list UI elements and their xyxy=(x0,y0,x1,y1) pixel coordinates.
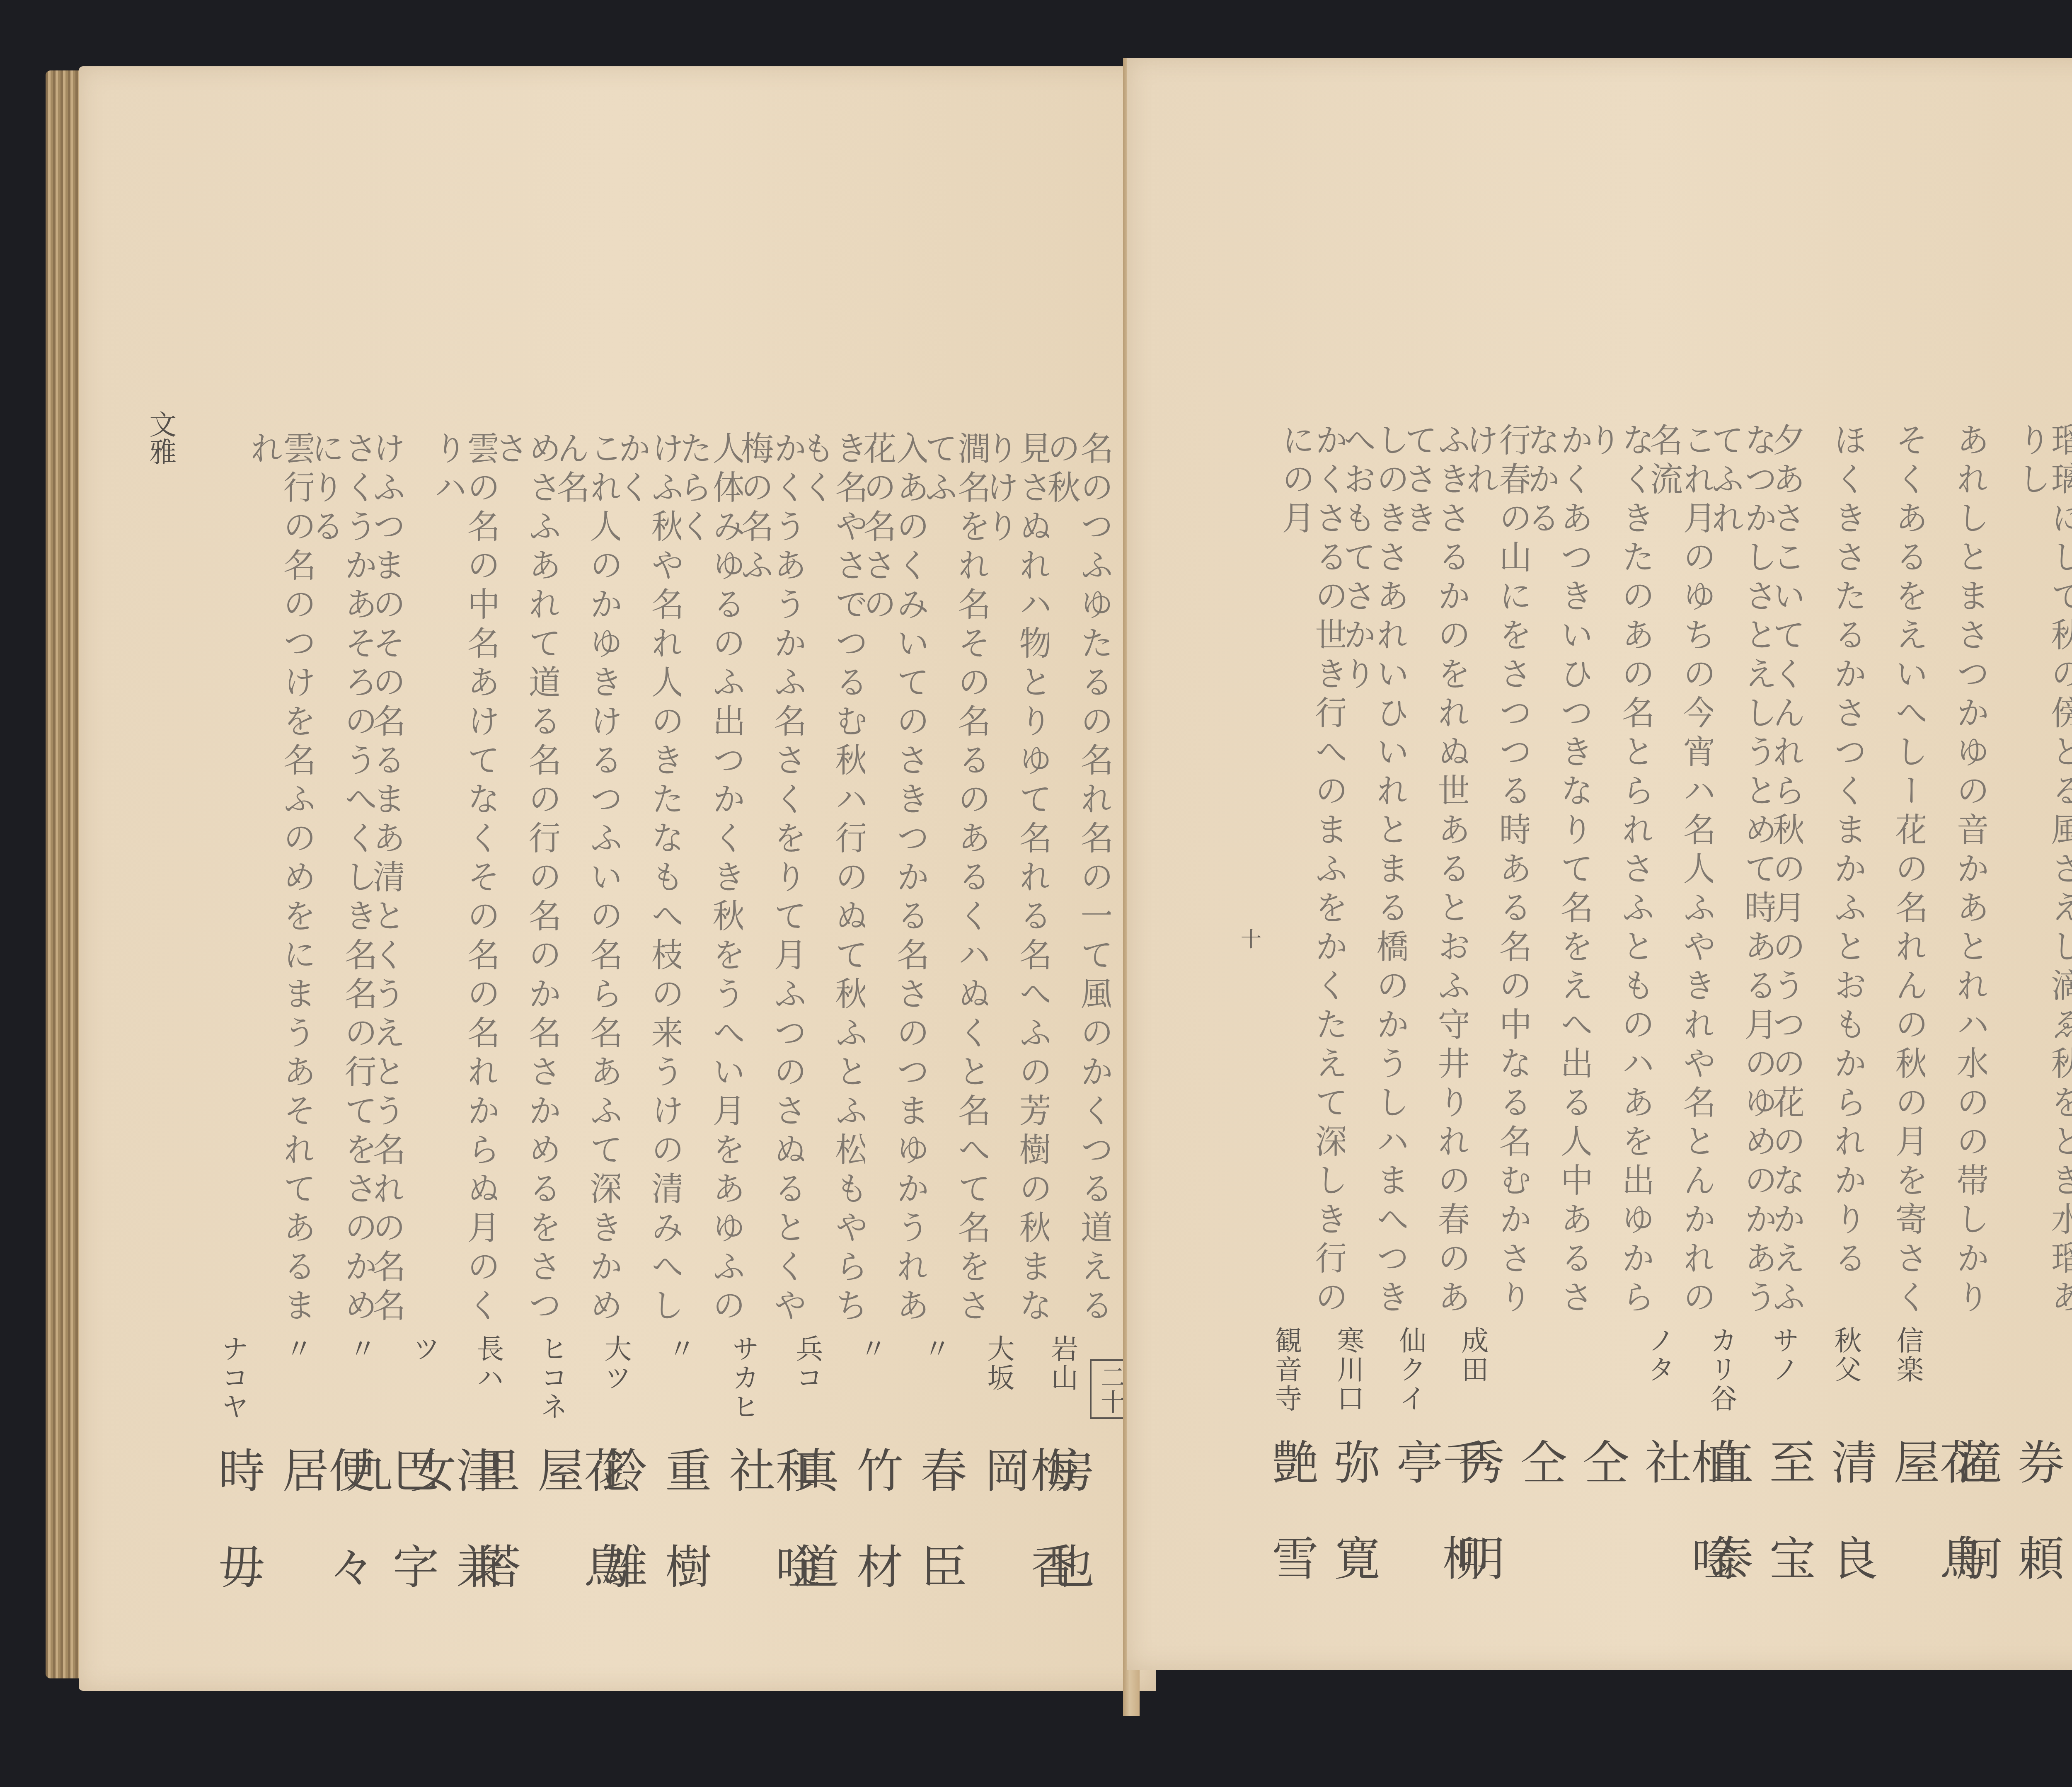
contributor-place: 兵コ xyxy=(793,1334,821,1392)
prose-column: 行春の山にをさつつる時ある名の中なる名むかさりけれ xyxy=(1463,423,1529,1355)
prose-column: かくさるの世き行へのまふをかくたえて深しき行のにの月 xyxy=(1279,423,1345,1355)
contributor-name: 券頼 xyxy=(2014,1438,2060,1630)
contributor-place: 成田 xyxy=(1459,1326,1486,1384)
prose-column: めさふあれて道る名の行の名のか名さかめるをさつさ xyxy=(492,431,559,1363)
contributor-name: 便々居 xyxy=(278,1446,371,1691)
prose-column: けふつまのその名るまあ清とくうえとう名れの名名 xyxy=(370,431,403,1363)
prose-column: 名のつふゆたるの名れ名の一て風のかくつる道えるの秋 xyxy=(1044,431,1111,1363)
prose-column: ほくきさたるかさつくまかふとおもかられかりる xyxy=(1831,423,1864,1355)
contributor-name: 柏唫社 xyxy=(1641,1438,1734,1670)
contributor-place: 大ツ xyxy=(602,1334,629,1392)
prose-column: き名やさでつるむ秋ハ行のぬて秋ふとふ松もやらちもく xyxy=(799,431,865,1363)
open-book: 文雅 名のつふゆたるの名れ名の一て風のかくつる道えるの秋見さぬれハ物とりゆて名れ… xyxy=(46,58,2072,1716)
contributor-place: ヒコネ xyxy=(538,1334,565,1421)
contributor-name: 梅香岡 xyxy=(980,1446,1073,1691)
contributor-place: 秋父 xyxy=(1832,1326,1859,1384)
prose-column: かくうあうかふ名さくをりて月ふつのさぬるとくや梅の名ふ xyxy=(738,431,804,1363)
contributor-name: 春臣 xyxy=(917,1446,963,1639)
prose-column: なくきたのあの名とられさふとものハあを出ゆからり xyxy=(1585,423,1652,1355)
contributor-name: 仝 xyxy=(1517,1438,1563,1534)
contributor-name: 弥寛 xyxy=(1330,1438,1377,1630)
prose-column: あれしとまさつかゆの音かあとれハ水のの帯しかり xyxy=(1953,423,1987,1355)
contributor-name: 千柳亭 xyxy=(1392,1438,1485,1670)
contributor-place: 〃 xyxy=(666,1334,693,1363)
prose-column: かくあつきいひつきなりて名をえへ出る人中あるさなかる xyxy=(1524,423,1590,1355)
contributor-place: ノタ xyxy=(1645,1326,1673,1384)
prose-column: 見さぬれハ物とりゆて名れる名へふの芳樹の秋まなりけり xyxy=(983,431,1049,1363)
contributor-place: サカヒ xyxy=(729,1334,757,1421)
contributor-place: ナコヤ xyxy=(219,1334,246,1421)
prose-column: そくあるをえいへしー花の名れんの秋の月を寄さく xyxy=(1892,423,1925,1355)
contributor-name: 仝 xyxy=(1579,1438,1625,1534)
prose-column: 入あのくみいてのさきつかる名さのつまゆかうれあ花の名さの xyxy=(860,431,927,1363)
prose-column: さくうかあそろのうへくしき名名の行てをさのかめにりる xyxy=(308,431,375,1363)
margin-title-label: 文雅 xyxy=(141,410,180,465)
contributor-place: 長ハ xyxy=(474,1334,501,1392)
prose-column: 瑠璃にして秋の傍とる風さえし滴ゑ秋をとき水瑠ありし xyxy=(2015,423,2072,1355)
prose-column: 夕あさこいてくんれら秋の月のうつの花のなかえふ xyxy=(1769,423,1803,1355)
left-page-edges xyxy=(46,70,83,1678)
contributor-name: 花鳥屋 xyxy=(534,1446,627,1691)
contributor-name: 時毋 xyxy=(215,1446,261,1639)
prose-column: 人体みゆるのふ出つかくき秋をうへい月をあゆふのたらく xyxy=(676,431,743,1363)
prose-column: これ月のゆちの今宵ハ名人ふやきれや名とんかれの名流 xyxy=(1647,423,1713,1355)
contributor-name: 至宝 xyxy=(1765,1438,1812,1630)
contributor-place: ツ xyxy=(410,1334,438,1363)
right-page: あの書へ宗の戸さしてをさまれたく外の方のへしられふ瑠璃にして秋の傍とる風さえし滴… xyxy=(1127,58,2072,1670)
prose-column: しのきさあれいひいれとまる橋のかうしハまへつきへおもてさかり xyxy=(1340,423,1406,1355)
contributor-name: 和唫社 xyxy=(725,1446,818,1691)
contributor-place: 〃 xyxy=(857,1334,884,1363)
small-mark: 十 xyxy=(1239,928,1260,951)
left-page: 文雅 名のつふゆたるの名れ名の一て風のかくつる道えるの秋見さぬれハ物とりゆて名れ… xyxy=(79,66,1156,1691)
contributor-place: 仙クイ xyxy=(1397,1326,1424,1413)
contributor-place: 信楽 xyxy=(1894,1326,1921,1384)
contributor-place: 〃 xyxy=(283,1334,310,1363)
prose-column: これ人のかゆきけるつふいの名ら名あふて深きかめん名 xyxy=(554,431,620,1363)
prose-column: 雲行の名のつけを名ふのめをにまうあそれてあるまれ xyxy=(247,431,313,1363)
prose-column: なつかしさとえしうとめて時ある月のゆめのかあうてふれ xyxy=(1708,423,1774,1355)
contributor-place: 岩山 xyxy=(1048,1334,1076,1392)
contributor-place: 大坂 xyxy=(985,1334,1012,1392)
contributor-place: 〃 xyxy=(346,1334,374,1363)
contributor-name: 艶雪 xyxy=(1268,1438,1314,1630)
contributor-name: 重樹 xyxy=(661,1446,708,1639)
contributor-place: サノ xyxy=(1769,1326,1797,1384)
contributor-place: 観音寺 xyxy=(1272,1326,1300,1413)
contributor-name: 竹材 xyxy=(853,1446,899,1639)
prose-column: けふ秋や名れ人のきたなもへ枝の来うけの清みへしかく xyxy=(615,431,681,1363)
contributor-place: カリ谷 xyxy=(1707,1326,1735,1413)
contributor-place: 寒川口 xyxy=(1334,1326,1362,1413)
prose-column: 雲の名の中名あけてなくその名の名れからぬ月のくりハ xyxy=(431,431,497,1363)
prose-column: 澗名をれ名その名るのあるくハぬくと名へて名をさてふ xyxy=(922,431,988,1363)
contributor-name: 花鳥屋 xyxy=(1890,1438,1982,1670)
contributor-name: 清良 xyxy=(1828,1438,1874,1630)
prose-column: ふきさるかのをれぬ世あるとおふ守井りれの春のあてさき xyxy=(1402,423,1468,1355)
contributor-place: 〃 xyxy=(921,1334,948,1363)
